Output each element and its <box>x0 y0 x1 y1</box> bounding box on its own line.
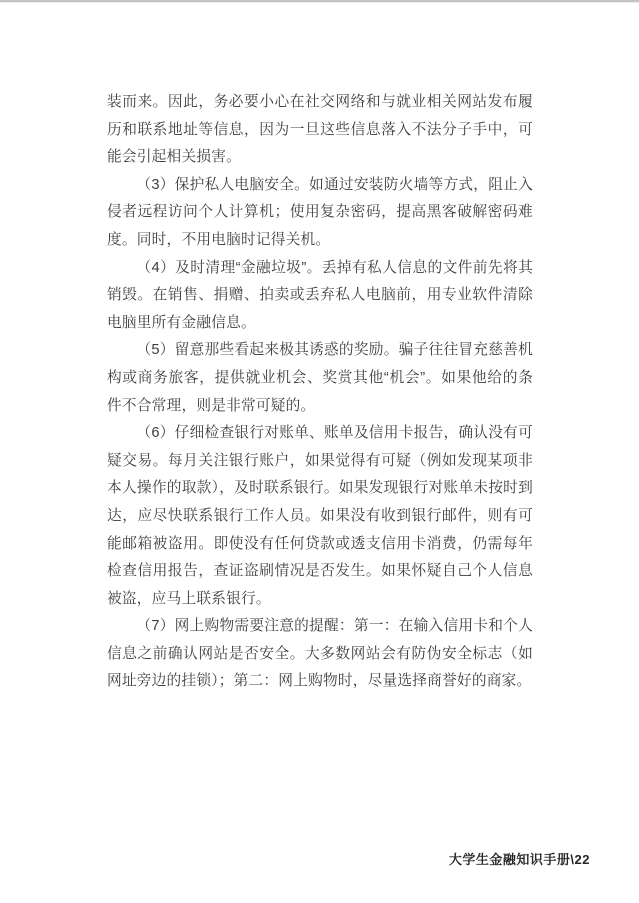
paragraph-item-5: （5）留意那些看起来极其诱惑的奖励。骗子往往冒充慈善机构或商务旅客，提供就业机会… <box>107 337 533 420</box>
paragraph-item-3: （3）保护私人电脑安全。如通过安装防火墙等方式，阻止入侵者远程访问个人计算机；使… <box>107 172 533 255</box>
body-text-block: 装而来。因此，务必要小心在社交网络和与就业相关网站发布履历和联系地址等信息，因为… <box>107 89 533 696</box>
page-top-border <box>0 0 639 3</box>
paragraph-continuation: 装而来。因此，务必要小心在社交网络和与就业相关网站发布履历和联系地址等信息，因为… <box>107 89 533 172</box>
document-page: 装而来。因此，务必要小心在社交网络和与就业相关网站发布履历和联系地址等信息，因为… <box>0 0 639 903</box>
paragraph-item-7: （7）网上购物需要注意的提醒：第一：在输入信用卡和个人信息之前确认网站是否安全。… <box>107 613 533 696</box>
paragraph-item-4: （4）及时清理“金融垃圾”。丢掉有私人信息的文件前先将其销毁。在销售、捐赠、拍卖… <box>107 255 533 338</box>
page-footer: 大学生金融知识手册\22 <box>449 849 590 868</box>
paragraph-item-6: （6）仔细检查银行对账单、账单及信用卡报告，确认没有可疑交易。每月关注银行账户，… <box>107 420 533 613</box>
